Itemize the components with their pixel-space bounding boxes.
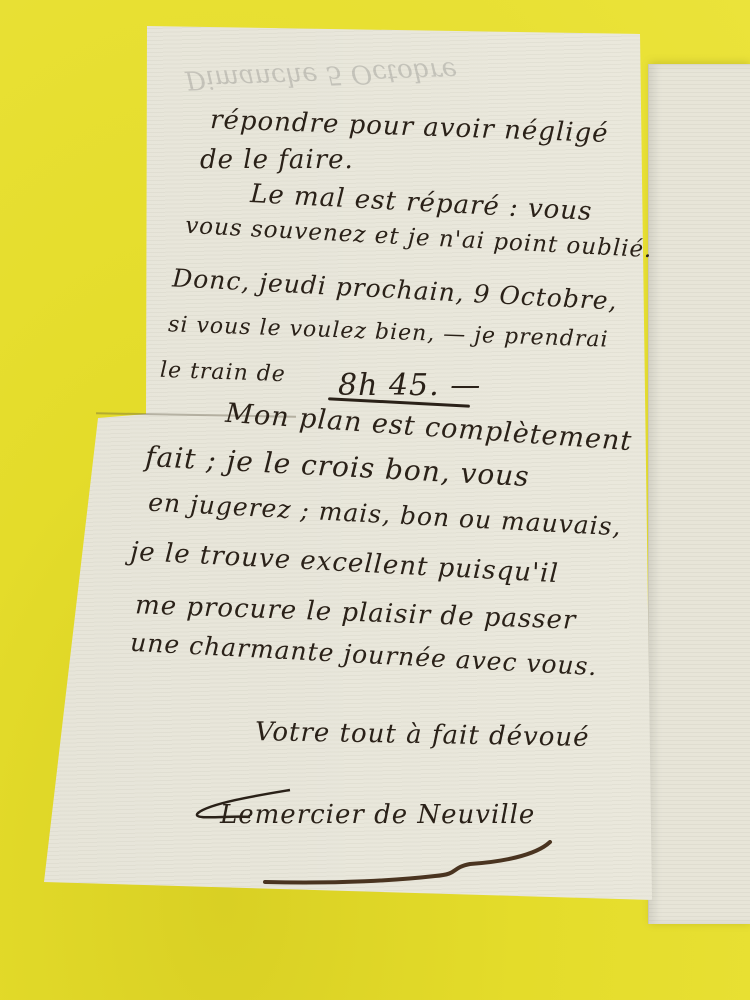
letter-line-8-time: 8h 45. — [338,368,481,403]
closing-line: Votre tout à fait dévoué [255,717,590,753]
letter-line-2: de le faire. [200,145,354,175]
signature-flourish [260,840,580,890]
letter-line-7: le train de [160,358,287,387]
signature-initial-loop [190,785,300,825]
facing-page [648,64,750,924]
